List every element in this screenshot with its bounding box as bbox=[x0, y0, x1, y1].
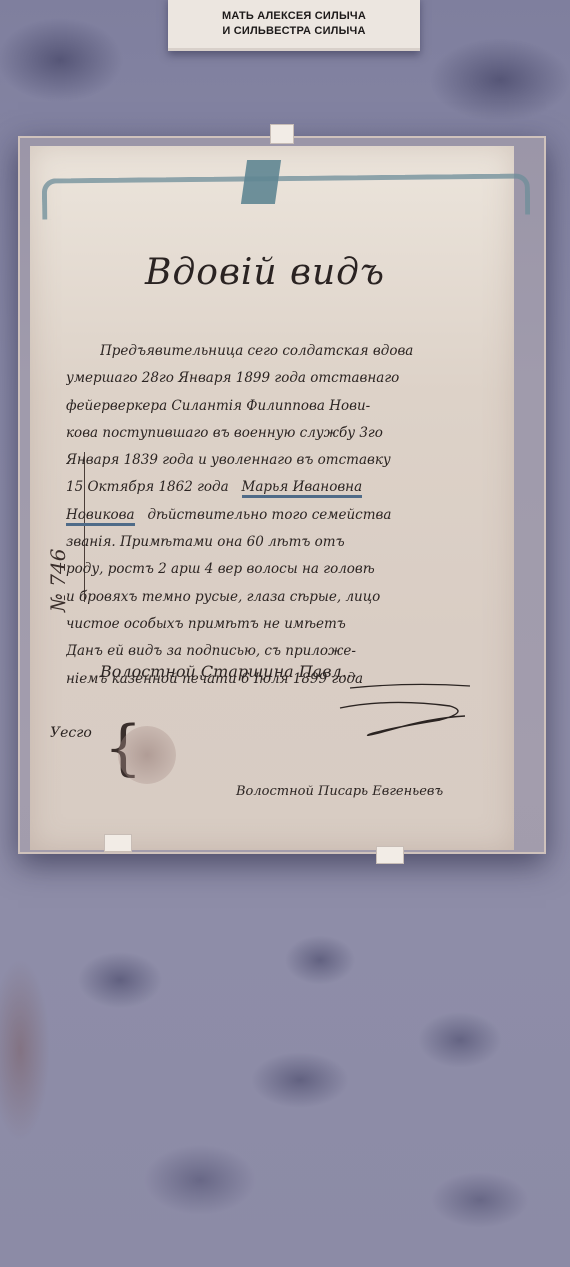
exhibit-label-line1: МАТЬ АЛЕКСЕЯ СИЛЫЧА bbox=[222, 9, 366, 24]
body-line: Января 1839 года и уволеннаго въ отставк… bbox=[66, 447, 525, 474]
body-line: Предъявительница сего солдатская вдова bbox=[100, 338, 525, 365]
document-border-rule bbox=[42, 173, 530, 219]
document-body: Предъявительница сего солдатская вдова у… bbox=[100, 338, 525, 693]
body-line: фейерверкера Силантія Филиппова Нови- bbox=[66, 393, 525, 420]
bottom-right-clip bbox=[376, 846, 404, 864]
signature-flourish-icon bbox=[330, 668, 480, 738]
bottom-left-clip bbox=[104, 834, 132, 852]
widow-name: Марья Ивановна bbox=[242, 479, 363, 498]
body-date: 15 Октября 1862 года bbox=[66, 479, 229, 495]
widow-surname: Новикова bbox=[66, 507, 135, 526]
body-line: Новикова дѣйствительно того семейства bbox=[66, 502, 525, 529]
top-clip bbox=[270, 124, 294, 144]
body-line: кова поступившаго въ военную службу 3го bbox=[66, 420, 525, 447]
body-line: роду, ростъ 2 арш 4 вер волосы на головѣ bbox=[66, 556, 525, 583]
official-seal bbox=[118, 726, 176, 784]
exhibit-label-line2: И СИЛЬВЕСТРА СИЛЫЧА bbox=[222, 24, 365, 39]
seal-mark-label: Уесго bbox=[50, 725, 92, 741]
body-text-fragment: дѣйствительно того семейства bbox=[147, 507, 391, 523]
body-line: умершаго 28го Января 1899 года отставнаг… bbox=[66, 365, 525, 392]
clerk-signature: Волостной Писарь Евгеньевъ bbox=[236, 784, 443, 799]
body-line: званія. Примѣтами она 60 лѣтъ отъ bbox=[66, 529, 525, 556]
body-line: 15 Октября 1862 года Марья Ивановна bbox=[66, 474, 525, 501]
elder-signature-label: Волостной Старшина Павл... bbox=[100, 662, 357, 681]
tape-strip bbox=[241, 160, 281, 204]
body-line: чистое особыхъ примѣтъ не имѣетъ bbox=[66, 611, 525, 638]
body-line: и бровяхъ темно русые, глаза сѣрые, лицо bbox=[66, 584, 525, 611]
document-title: Вдовій видъ bbox=[145, 252, 385, 293]
exhibit-label-plate: МАТЬ АЛЕКСЕЯ СИЛЫЧА И СИЛЬВЕСТРА СИЛЫЧА bbox=[168, 0, 420, 51]
